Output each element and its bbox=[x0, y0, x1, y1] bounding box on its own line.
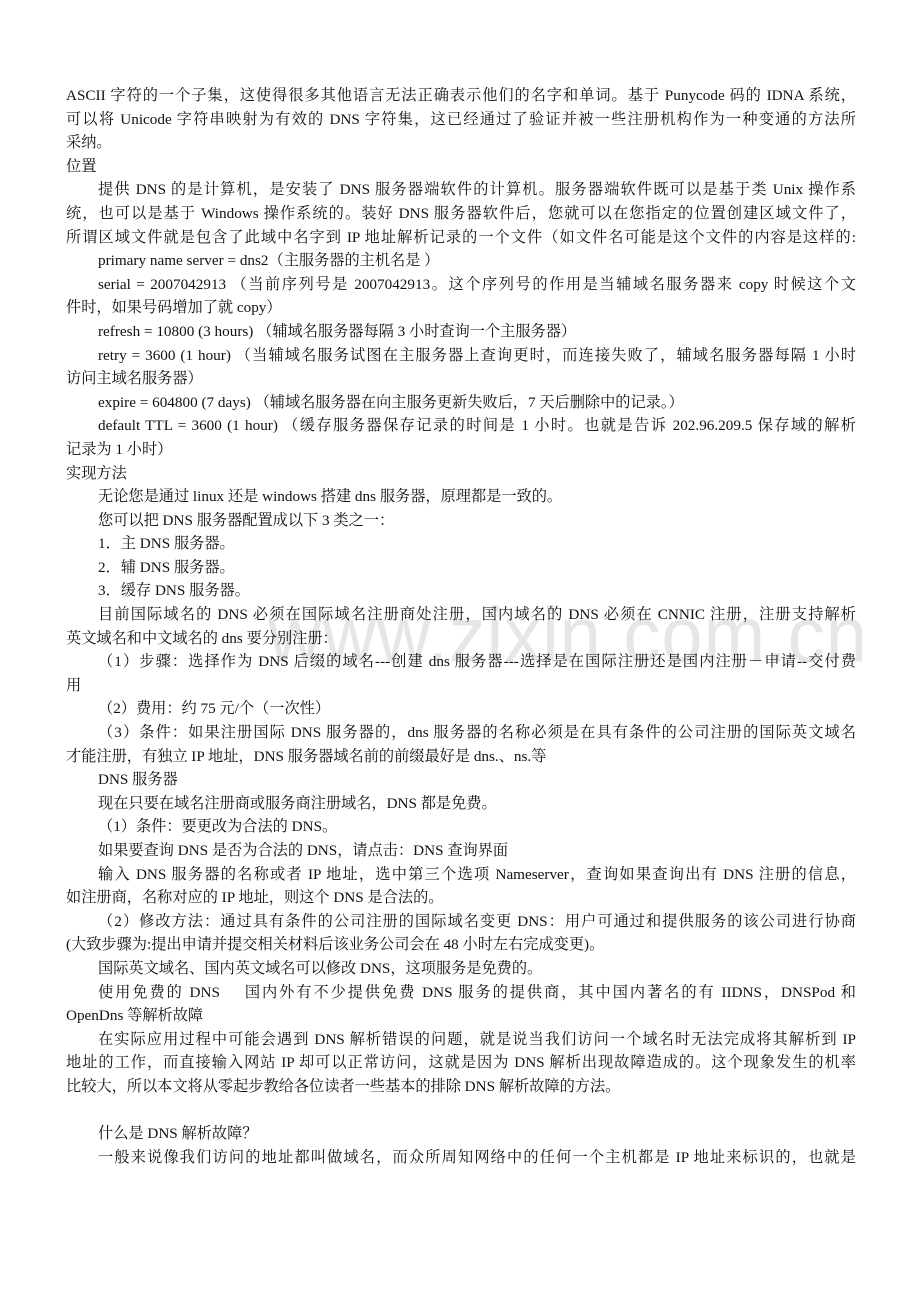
text-line: (大致步骤为:提出申请并提交相关材料后该业务公司会在 48 小时左右完成变更)。 bbox=[66, 933, 856, 957]
text-line: 所谓区域文件就是包含了此域中名字到 IP 地址解析记录的一个文件（如文件名可能是… bbox=[66, 226, 856, 250]
zone-record-refresh: refresh = 10800 (3 hours) （辅域名服务器每隔 3 小时… bbox=[66, 320, 856, 344]
text-line: 国际英文域名、国内英文域名可以修改 DNS，这项服务是免费的。 bbox=[66, 957, 856, 981]
text-line: 地址的工作，而直接输入网站 IP 却可以正常访问，这就是因为 DNS 解析出现故… bbox=[66, 1051, 856, 1075]
list-item: 2．辅 DNS 服务器。 bbox=[66, 556, 856, 580]
section-heading-dns-fault: 什么是 DNS 解析故障？ bbox=[66, 1122, 856, 1146]
text-line: 用 bbox=[66, 674, 856, 698]
text-line: 在实际应用过程中可能会遇到 DNS 解析错误的问题，就是说当我们访问一个域名时无… bbox=[66, 1028, 856, 1052]
text-line: 提供 DNS 的是计算机，是安装了 DNS 服务器端软件的计算机。服务器端软件既… bbox=[66, 178, 856, 202]
text-line: （2）修改方法：通过具有条件的公司注册的国际域名变更 DNS：用户可通过和提供服… bbox=[66, 910, 856, 934]
document-page: www.zixin.com.cn ASCII 字符的一个子集，这使得很多其他语言… bbox=[0, 0, 920, 1302]
text-line: 访问主域名服务器） bbox=[66, 367, 856, 391]
text-line: （1）步骤：选择作为 DNS 后缀的域名---创建 dns 服务器---选择是在… bbox=[66, 650, 856, 674]
subheading-dns-server: DNS 服务器 bbox=[66, 768, 856, 792]
list-item: 1．主 DNS 服务器。 bbox=[66, 532, 856, 556]
text-line: （1）条件：要更改为合法的 DNS。 bbox=[66, 815, 856, 839]
text-line: 比较大，所以本文将从零起步教给各位读者一些基本的排除 DNS 解析故障的方法。 bbox=[66, 1075, 856, 1099]
text-line: 输入 DNS 服务器的名称或者 IP 地址，选中第三个选项 Nameserver… bbox=[66, 863, 856, 887]
text-line: OpenDns 等解析故障 bbox=[66, 1004, 856, 1028]
zone-record-serial: serial = 2007042913 （当前序列号是 2007042913。这… bbox=[66, 273, 856, 297]
text-line: 一般来说像我们访问的地址都叫做域名，而众所周知网络中的任何一个主机都是 IP 地… bbox=[66, 1146, 856, 1170]
blank-line bbox=[66, 1099, 856, 1123]
text-line: 记录为 1 小时） bbox=[66, 438, 856, 462]
zone-record-retry: retry = 3600 (1 hour) （当辅域名服务试图在主服务器上查询更… bbox=[66, 344, 856, 368]
text-line: 如注册商，名称对应的 IP 地址，则这个 DNS 是合法的。 bbox=[66, 886, 856, 910]
zone-record-ttl: default TTL = 3600 (1 hour) （缓存服务器保存记录的时… bbox=[66, 414, 856, 438]
text-line: 目前国际域名的 DNS 必须在国际域名注册商处注册，国内域名的 DNS 必须在 … bbox=[66, 603, 856, 627]
text-line: 统，也可以是基于 Windows 操作系统的。装好 DNS 服务器软件后，您就可… bbox=[66, 202, 856, 226]
text-line: 使用免费的 DNS 国内外有不少提供免费 DNS 服务的提供商，其中国内著名的有… bbox=[66, 981, 856, 1005]
section-heading-implementation: 实现方法 bbox=[66, 462, 856, 486]
document-body: ASCII 字符的一个子集，这使得很多其他语言无法正确表示他们的名字和单词。基于… bbox=[66, 84, 856, 1169]
text-line: 如果要查询 DNS 是否为合法的 DNS，请点击：DNS 查询界面 bbox=[66, 839, 856, 863]
text-line: 英文域名和中文域名的 dns 要分别注册： bbox=[66, 627, 856, 651]
text-line: 采纳。 bbox=[66, 131, 856, 155]
section-heading-location: 位置 bbox=[66, 155, 856, 179]
text-line: ASCII 字符的一个子集，这使得很多其他语言无法正确表示他们的名字和单词。基于… bbox=[66, 84, 856, 108]
list-item: 3．缓存 DNS 服务器。 bbox=[66, 579, 856, 603]
text-line: （3）条件：如果注册国际 DNS 服务器的，dns 服务器的名称必须是在具有条件… bbox=[66, 721, 856, 745]
zone-record-expire: expire = 604800 (7 days) （辅域名服务器在向主服务更新失… bbox=[66, 391, 856, 415]
zone-record-primary: primary name server = dns2（主服务器的主机名是 ） bbox=[66, 249, 856, 273]
text-line: 件时，如果号码增加了就 copy） bbox=[66, 296, 856, 320]
text-line: 才能注册，有独立 IP 地址，DNS 服务器域名前的前缀最好是 dns.、ns.… bbox=[66, 745, 856, 769]
text-line: 现在只要在域名注册商或服务商注册域名，DNS 都是免费。 bbox=[66, 792, 856, 816]
text-line: 您可以把 DNS 服务器配置成以下 3 类之一： bbox=[66, 509, 856, 533]
text-line: 无论您是通过 linux 还是 windows 搭建 dns 服务器，原理都是一… bbox=[66, 485, 856, 509]
text-line: 可以将 Unicode 字符串映射为有效的 DNS 字符集，这已经通过了验证并被… bbox=[66, 108, 856, 132]
text-line: （2）费用：约 75 元/个（一次性） bbox=[66, 697, 856, 721]
